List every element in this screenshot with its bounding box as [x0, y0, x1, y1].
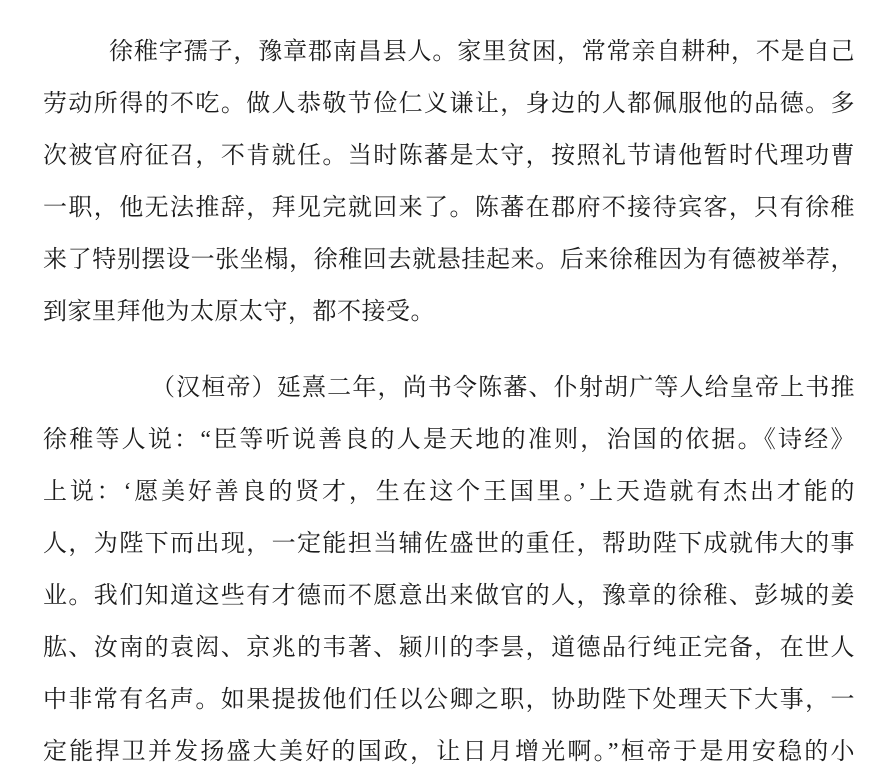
text-line: 次被官府征召，不肯就任。当时陈蕃是太守，按照礼节请他暂时代理功曹	[43, 130, 855, 182]
text-line: 一职，他无法推辞，拜见完就回来了。陈蕃在郡府不接待宾客，只有徐稚	[43, 182, 855, 234]
text-line: 来了特别摆设一张坐榻，徐稚回去就悬挂起来。后来徐稚因为有德被举荐，	[43, 234, 855, 286]
text-line: 业。我们知道这些有才德而不愿意出来做官的人，豫章的徐稚、彭城的姜	[43, 570, 855, 622]
text-line: 人，为陛下而出现，一定能担当辅佐盛世的重任，帮助陛下成就伟大的事	[43, 518, 855, 570]
text-line: （汉桓帝）延熹二年，尚书令陈蕃、仆射胡广等人给皇帝上书推荐	[43, 362, 855, 414]
text-line: 到家里拜他为太原太守，都不接受。	[43, 286, 855, 338]
paragraph-memorial: （汉桓帝）延熹二年，尚书令陈蕃、仆射胡广等人给皇帝上书推荐 徐稚等人说：“臣等听…	[43, 362, 855, 773]
text-line: 肱、汝南的袁闳、京兆的韦著、颍川的李昙，道德品行纯正完备，在世人	[43, 622, 855, 674]
text-line: 徐稚等人说：“臣等听说善良的人是天地的准则，治国的依据。《诗经》	[43, 414, 855, 466]
text-line: 中非常有名声。如果提拔他们任以公卿之职，协助陛下处理天下大事，一	[43, 674, 855, 726]
paragraph-biography: 徐稚字孺子，豫章郡南昌县人。家里贫困，常常亲自耕种，不是自己 劳动所得的不吃。做…	[43, 26, 855, 338]
text-line: 上说：‘愿美好善良的贤才，生在这个王国里。’上天造就有杰出才能的	[43, 466, 855, 518]
text-line: 定能捍卫并发扬盛大美好的国政，让日月增光啊。”桓帝于是用安稳的小	[43, 726, 855, 773]
text-line: 劳动所得的不吃。做人恭敬节俭仁义谦让，身边的人都佩服他的品德。多	[43, 78, 855, 130]
text-line: 徐稚字孺子，豫章郡南昌县人。家里贫困，常常亲自耕种，不是自己	[43, 26, 855, 78]
document-page: 徐稚字孺子，豫章郡南昌县人。家里贫困，常常亲自耕种，不是自己 劳动所得的不吃。做…	[0, 0, 895, 773]
